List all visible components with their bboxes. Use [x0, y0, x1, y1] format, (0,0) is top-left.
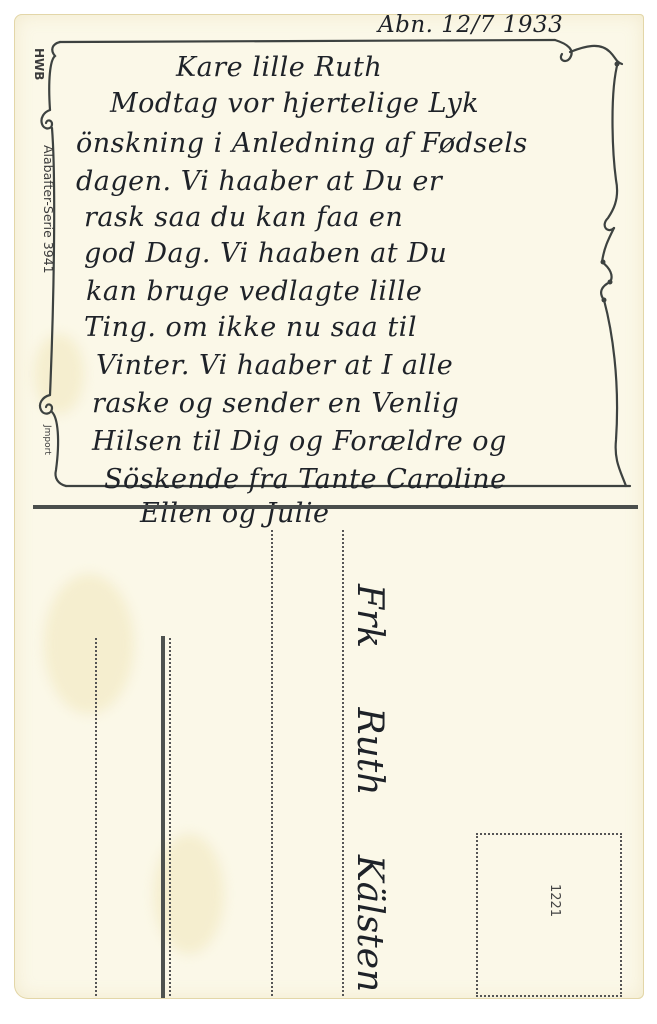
- message-line: raske og sender en Venlig: [92, 388, 459, 419]
- address-line-dotted: [271, 530, 273, 996]
- message-line: Söskende fra Tante Caroline: [104, 464, 507, 495]
- address-line-dotted: [95, 638, 97, 996]
- stamp-box: 1221: [476, 833, 622, 997]
- message-line: önskning i Anledning af Fødsels: [76, 128, 528, 159]
- address-line-solid: [161, 636, 165, 998]
- horizontal-divider: [33, 505, 638, 509]
- stamp-box-number: 1221: [547, 884, 562, 917]
- message-line: Hilsen til Dig og Forældre og: [92, 426, 507, 457]
- dateline: Abn. 12/7 1933: [378, 12, 563, 38]
- message-line: kan bruge vedlagte lille: [86, 276, 422, 307]
- paper-stain: [44, 574, 134, 714]
- address-line: Ruth: [349, 707, 390, 795]
- address-line-dotted: [342, 530, 344, 996]
- address-line: Frk: [349, 584, 390, 648]
- message-line: dagen. Vi haaber at Du er: [76, 166, 442, 197]
- message-line: Ellen og Julie: [140, 498, 330, 529]
- message-line: rask saa du kan faa en: [84, 202, 403, 233]
- address-line-dotted: [169, 638, 171, 996]
- address-line: Kälsten: [349, 855, 390, 992]
- message-line: Vinter. Vi haaber at I alle: [96, 350, 453, 381]
- import-label: Jmport: [42, 425, 52, 455]
- paper-stain: [34, 334, 84, 414]
- message-line: Modtag vor hjertelige Lyk: [110, 88, 479, 119]
- message-line: Kare lille Ruth: [176, 52, 382, 83]
- message-line: god Dag. Vi haaben at Du: [84, 238, 447, 269]
- message-line: Ting. om ikke nu saa til: [84, 312, 417, 343]
- publisher-mark: HWB: [32, 48, 46, 80]
- series-label: Alabafter-Serie 3941: [41, 145, 56, 274]
- recipient-address: Frk Ruth Kälsten: [349, 584, 390, 992]
